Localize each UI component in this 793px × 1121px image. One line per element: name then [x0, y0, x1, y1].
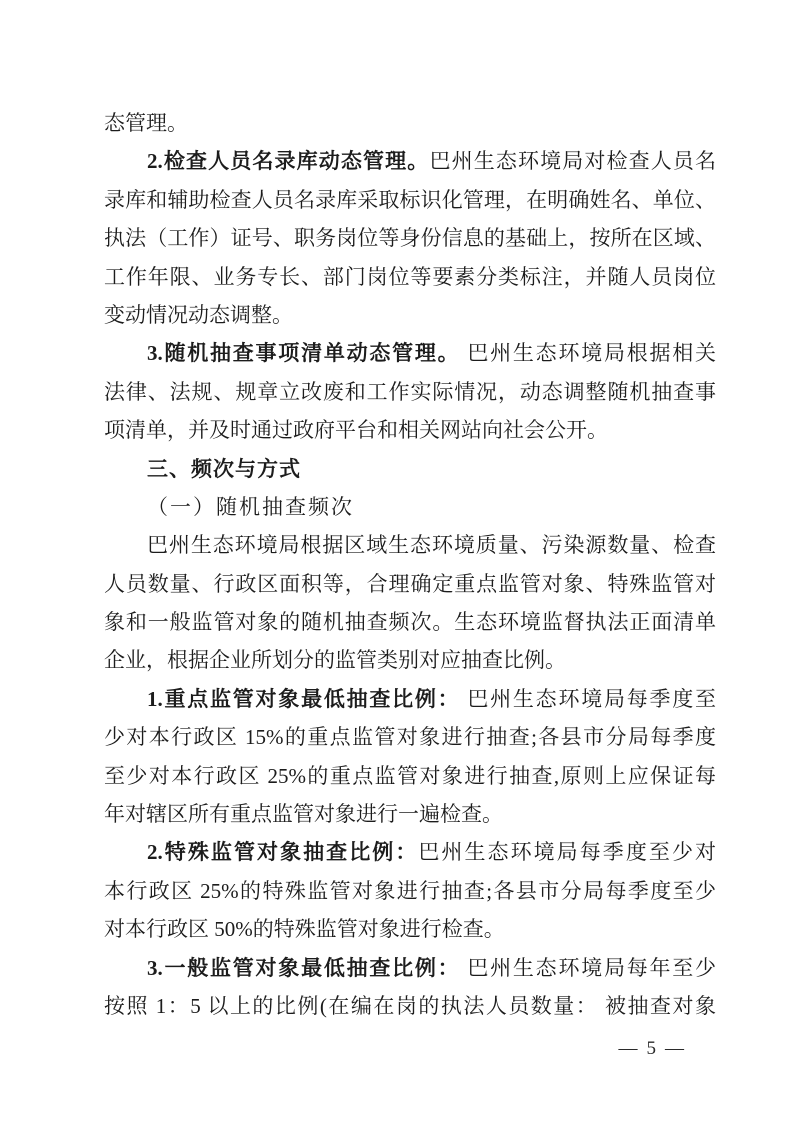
text-line: 巴州生态环境局根据区域生态环境质量、污染源数量、检查 [104, 526, 716, 564]
body-text-segment: 本行政区 25%的特殊监管对象进行抽查;各县市分局每季度至少 [104, 879, 716, 903]
footer-left-dash: — [619, 1038, 638, 1060]
text-line: 变动情况动态调整。 [104, 296, 716, 334]
body-text-segment: 录库和辅助检查人员名录库采取标识化管理，在明确姓名、单位、 [104, 188, 716, 212]
body-text-segment: 对本行政区 50%的特殊监管对象进行检查。 [104, 917, 505, 941]
text-line: 法律、法规、规章立改废和工作实际情况，动态调整随机抽查事 [104, 373, 716, 411]
text-line: 对本行政区 50%的特殊监管对象进行检查。 [104, 910, 716, 948]
text-line: 工作年限、业务专长、部门岗位等要素分类标注，并随人员岗位 [104, 258, 716, 296]
document-page: 态管理。2.检查人员名录库动态管理。巴州生态环境局对检查人员名录库和辅助检查人员… [0, 0, 793, 1121]
kai-text-segment: （一）随机抽查频次 [147, 495, 354, 519]
body-text-segment: 态管理。 [104, 111, 188, 135]
body-text-segment: 工作年限、业务专长、部门岗位等要素分类标注，并随人员岗位 [104, 265, 716, 289]
text-line: （一）随机抽查频次 [104, 488, 716, 526]
body-text-segment: 按照 1：5 以上的比例(在编在岗的执法人员数量： 被抽查对象 [104, 994, 716, 1018]
text-line: 2.特殊监管对象抽查比例：巴州生态环境局每季度至少对 [104, 833, 716, 871]
text-line: 年对辖区所有重点监管对象进行一遍检查。 [104, 795, 716, 833]
text-line: 企业，根据企业所划分的监管类别对应抽查比例。 [104, 641, 716, 679]
body-text-segment: 年对辖区所有重点监管对象进行一遍检查。 [104, 802, 503, 826]
text-line: 人员数量、行政区面积等，合理确定重点监管对象、特殊监管对 [104, 565, 716, 603]
document-body: 态管理。2.检查人员名录库动态管理。巴州生态环境局对检查人员名录库和辅助检查人员… [104, 104, 716, 1025]
text-line: 按照 1：5 以上的比例(在编在岗的执法人员数量： 被抽查对象 [104, 987, 716, 1025]
text-line: 录库和辅助检查人员名录库采取标识化管理，在明确姓名、单位、 [104, 181, 716, 219]
text-line: 至少对本行政区 25%的重点监管对象进行抽查,原则上应保证每 [104, 757, 716, 795]
bold-text-segment: 3.一般监管对象最低抽查比例： [147, 956, 460, 980]
text-line: 2.检查人员名录库动态管理。巴州生态环境局对检查人员名 [104, 142, 716, 180]
body-text-segment: 执法（工作）证号、职务岗位等身份信息的基础上，按所在区域、 [104, 226, 716, 250]
text-line: 执法（工作）证号、职务岗位等身份信息的基础上，按所在区域、 [104, 219, 716, 257]
bold-text-segment: 3.随机抽查事项清单动态管理。 [147, 341, 460, 365]
bold-text-segment: 2.特殊监管对象抽查比例： [147, 840, 418, 864]
body-text-segment: 巴州生态环境局根据区域生态环境质量、污染源数量、检查 [147, 533, 716, 557]
text-line: 本行政区 25%的特殊监管对象进行抽查;各县市分局每季度至少 [104, 872, 716, 910]
text-line: 1.重点监管对象最低抽查比例： 巴州生态环境局每季度至 [104, 680, 716, 718]
text-line: 项清单，并及时通过政府平台和相关网站向社会公开。 [104, 411, 716, 449]
body-text-segment: 少对本行政区 15%的重点监管对象进行抽查;各县市分局每季度 [104, 725, 716, 749]
body-text-segment: 象和一般监管对象的随机抽查频次。生态环境监督执法正面清单 [104, 610, 716, 634]
body-text-segment: 项清单，并及时通过政府平台和相关网站向社会公开。 [104, 418, 608, 442]
body-text-segment: 至少对本行政区 25%的重点监管对象进行抽查,原则上应保证每 [104, 764, 716, 788]
text-line: 3.随机抽查事项清单动态管理。 巴州生态环境局根据相关 [104, 334, 716, 372]
text-line: 象和一般监管对象的随机抽查频次。生态环境监督执法正面清单 [104, 603, 716, 641]
body-text-segment: 巴州生态环境局根据相关 [460, 341, 716, 365]
body-text-segment: 巴州生态环境局每季度至 [460, 687, 716, 711]
text-line: 少对本行政区 15%的重点监管对象进行抽查;各县市分局每季度 [104, 718, 716, 756]
body-text-segment: 巴州生态环境局每季度至少对 [418, 840, 716, 864]
bold-text-segment: 2.检查人员名录库动态管理。 [147, 149, 429, 173]
body-text-segment: 巴州生态环境局对检查人员名 [429, 149, 716, 173]
body-text-segment: 变动情况动态调整。 [104, 303, 293, 327]
bold-text-segment: 1.重点监管对象最低抽查比例： [147, 687, 460, 711]
body-text-segment: 巴州生态环境局每年至少 [460, 956, 716, 980]
text-line: 3.一般监管对象最低抽查比例： 巴州生态环境局每年至少 [104, 949, 716, 987]
footer-right-dash: — [665, 1038, 684, 1060]
hei-text-segment: 三、频次与方式 [147, 458, 301, 481]
body-text-segment: 人员数量、行政区面积等，合理确定重点监管对象、特殊监管对 [104, 572, 716, 596]
text-line: 态管理。 [104, 104, 716, 142]
page-footer: —5— [610, 1038, 694, 1060]
page-number: 5 [647, 1038, 657, 1060]
body-text-segment: 企业，根据企业所划分的监管类别对应抽查比例。 [104, 648, 566, 672]
body-text-segment: 法律、法规、规章立改废和工作实际情况，动态调整随机抽查事 [104, 380, 716, 404]
text-line: 三、频次与方式 [104, 450, 716, 488]
